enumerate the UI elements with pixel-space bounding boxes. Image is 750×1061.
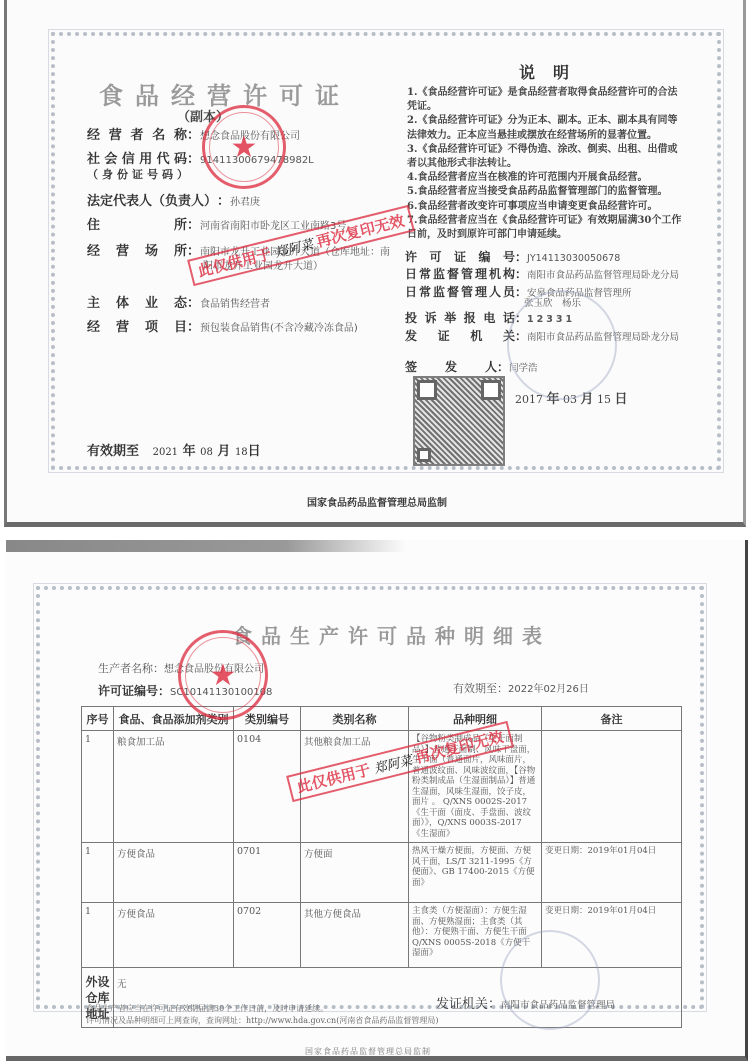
note-item: 7.食品经营者应当在《食品经营许可证》有效期届满30个工作日前，及时到原许可部门…: [407, 214, 687, 242]
table-row: 1 粮食加工品 0104 其他粮食加工品 【谷物粉类制成品（生干面制品）】普通干…: [82, 731, 682, 843]
license-number-field: 许可证编号：JY14113030050678: [405, 248, 620, 265]
valid-until: 有效期至 2021 年 08 月 18日: [87, 440, 261, 459]
detail-table-title: 食品生产许可品种明细表: [232, 620, 551, 649]
footer-issuer-2: 国家食品药品监督管理总局监制: [305, 1046, 431, 1057]
legal-rep-field: 法定代表人（负责人）：孙君庚: [87, 190, 260, 209]
note-item: 5.食品经营者应当接受食品药品监督管理部门的监督管理。: [407, 185, 687, 199]
col-header-name: 类别名称: [301, 707, 409, 731]
company-seal-2: ★: [178, 630, 268, 720]
legal-rep-value: 孙君庚: [230, 197, 260, 208]
note-item: 1.《食品经营许可证》是食品经营者取得食品经营许可的合法凭证。: [407, 86, 687, 114]
id-number-sublabel: （身份证号码）: [87, 166, 192, 182]
col-header-remark: 备注: [542, 707, 682, 731]
table-row: 1 方便食品 0701 方便面 热风干燥方便面，方便面、方便风干面，LS/T 3…: [82, 843, 682, 903]
supervision-org-value: 南阳市食品药品监督管理局卧龙分局: [527, 270, 679, 281]
footer-issuer: 国家食品药品监督管理总局监制: [307, 494, 447, 509]
entity-type-value: 食品销售经营者: [200, 299, 270, 310]
official-seal-faded-2: [500, 930, 600, 1030]
business-scope-value: 预包装食品销售(不含冷藏冷冻食品): [200, 323, 358, 334]
note-item: 6.食品经营者改变许可事项应当申请变更食品经营许可。: [407, 200, 687, 214]
note-item: 2.《食品经营许可证》分为正本、副本。正本、副本具有同等法律效力。正本应当悬挂或…: [407, 114, 687, 142]
notes-title: 说明: [519, 60, 587, 83]
company-seal: ★: [202, 105, 286, 189]
valid-until-value-2: 2022年02月26日: [508, 684, 589, 695]
col-header-detail: 品种明细: [409, 707, 542, 731]
note-item: 3.《食品经营许可证》不得伪造、涂改、倒卖、出租、出借或者以其他形式非法转让。: [407, 143, 687, 171]
valid-until-field-2: 有效期至：2022年02月26日: [453, 680, 589, 696]
supervision-org-field: 日常监督管理机构：南阳市食品药品监督管理局卧龙分局: [405, 265, 679, 282]
notes-list: 1.《食品经营许可证》是食品经营者取得食品经营许可的合法凭证。 2.《食品经营许…: [407, 86, 687, 242]
license-number-value: JY14113030050678: [527, 253, 620, 264]
supervisors-field: 日常监督管理人员：安皋食品药品监督管理所: [405, 283, 632, 300]
business-scope-field: 经营项目：预包装食品销售(不含冷藏冷冻食品): [87, 316, 358, 335]
footnotes: 食品生产者应当在许可证有效期届满30个工作日前，及时申请延续。 许可情况及品种明…: [86, 1003, 438, 1027]
qr-code: [413, 376, 505, 466]
col-header-no: 序号: [82, 707, 114, 731]
note-item: 4.食品经营者应当在核准的许可范围内开展食品经营。: [407, 171, 687, 185]
food-business-license-copy: 食品经营许可证 （副本） 经营者名称：想念食品股份有限公司 社会信用代码：914…: [4, 0, 746, 527]
entity-type-field: 主体业态：食品销售经营者: [87, 292, 270, 311]
scan-shadow-bar: [6, 540, 406, 552]
table-header-row: 序号 食品、食品添加剂类别 类别编号 类别名称 品种明细 备注: [82, 707, 682, 731]
official-seal-faded: [507, 290, 617, 400]
